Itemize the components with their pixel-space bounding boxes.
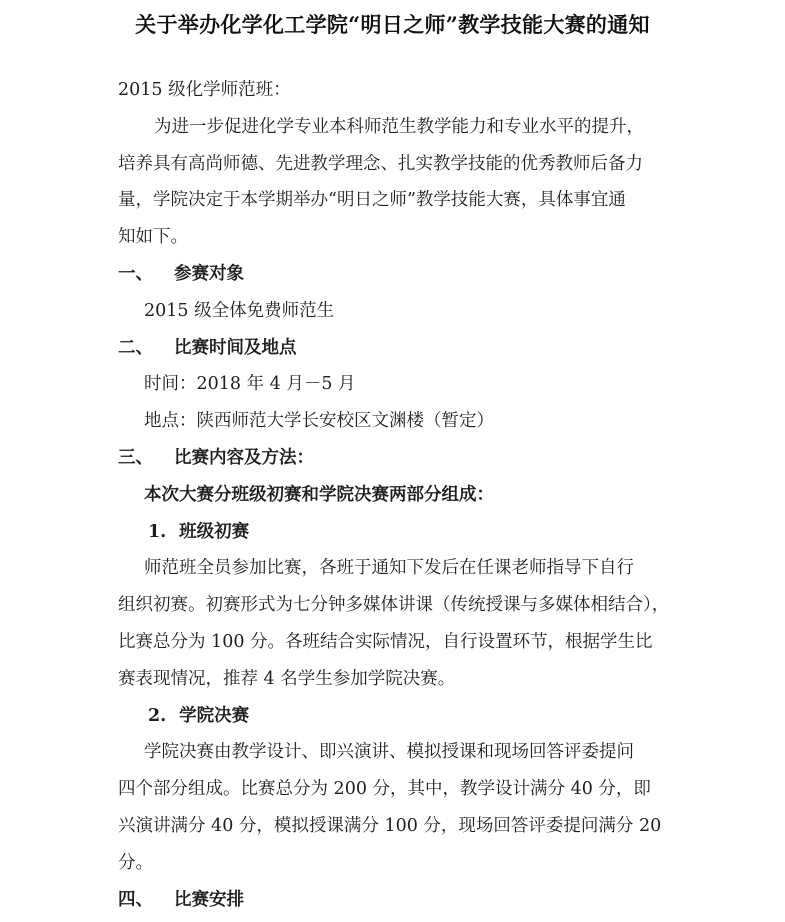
paragraph-line: 组织初赛。初赛形式为七分钟多媒体讲课（传统授课与多媒体相结合），	[118, 587, 670, 624]
section-text: 2015 级全体免费师范生	[118, 293, 670, 330]
section-title: 比赛内容及方法：	[174, 440, 314, 477]
subsection-number: 1.	[148, 514, 173, 551]
section-heading-participants: 一、 参赛对象	[118, 256, 670, 293]
subsection-heading-class-preliminary: 1. 班级初赛	[118, 514, 670, 551]
section-number: 四、	[118, 882, 174, 919]
section-number: 三、	[118, 440, 174, 477]
document-title: 关于举办化学化工学院“明日之师”教学技能大赛的通知	[0, 10, 785, 40]
section-heading-time-place: 二、 比赛时间及地点	[118, 330, 670, 367]
document-body: 2015 级化学师范班： 为进一步促进化学专业本科师范生教学能力和专业水平的提升…	[118, 72, 670, 918]
intro-line: 量，学院决定于本学期举办“明日之师”教学技能大赛，具体事宜通	[118, 182, 670, 219]
intro-paragraph: 为进一步促进化学专业本科师范生教学能力和专业水平的提升， 培养具有高尚师德、先进…	[118, 109, 670, 256]
salutation: 2015 级化学师范班：	[118, 72, 670, 109]
paragraph-line: 比赛总分为 100 分。各班结合实际情况，自行设置环节，根据学生比	[118, 624, 670, 661]
paragraph-line: 学院决赛由教学设计、即兴演讲、模拟授课和现场回答评委提问	[118, 734, 670, 771]
place-text: 地点：陕西师范大学长安校区文渊楼（暂定）	[118, 403, 670, 440]
document-page: 关于举办化学化工学院“明日之师”教学技能大赛的通知 2015 级化学师范班： 为…	[0, 0, 785, 922]
paragraph-line: 兴演讲满分 40 分，模拟授课满分 100 分，现场回答评委提问满分 20	[118, 808, 670, 845]
paragraph-line: 师范班全员参加比赛，各班于通知下发后在任课老师指导下自行	[118, 550, 670, 587]
subsection-heading-college-final: 2. 学院决赛	[118, 698, 670, 735]
paragraph-line: 分。	[118, 845, 670, 882]
section-title: 比赛安排	[174, 882, 244, 919]
intro-line: 培养具有高尚师德、先进教学理念、扎实教学技能的优秀教师后备力	[118, 146, 670, 183]
intro-line: 为进一步促进化学专业本科师范生教学能力和专业水平的提升，	[118, 109, 670, 146]
section-title: 参赛对象	[174, 256, 244, 293]
subsection-number: 2.	[148, 698, 173, 735]
section-heading-content-method: 三、 比赛内容及方法：	[118, 440, 670, 477]
section-number: 二、	[118, 330, 174, 367]
paragraph-line: 四个部分组成。比赛总分为 200 分，其中，教学设计满分 40 分，即	[118, 771, 670, 808]
section-heading-schedule: 四、 比赛安排	[118, 882, 670, 919]
section-title: 比赛时间及地点	[174, 330, 297, 367]
subsection-title: 班级初赛	[179, 522, 249, 542]
time-text: 时间：2018 年 4 月－5 月	[118, 366, 670, 403]
intro-line: 知如下。	[118, 219, 670, 256]
college-final-paragraph: 学院决赛由教学设计、即兴演讲、模拟授课和现场回答评委提问 四个部分组成。比赛总分…	[118, 734, 670, 881]
paragraph-line: 赛表现情况，推荐 4 名学生参加学院决赛。	[118, 661, 670, 698]
section-number: 一、	[118, 256, 174, 293]
section-summary: 本次大赛分班级初赛和学院决赛两部分组成：	[118, 477, 670, 514]
class-preliminary-paragraph: 师范班全员参加比赛，各班于通知下发后在任课老师指导下自行 组织初赛。初赛形式为七…	[118, 550, 670, 697]
subsection-title: 学院决赛	[179, 706, 249, 726]
